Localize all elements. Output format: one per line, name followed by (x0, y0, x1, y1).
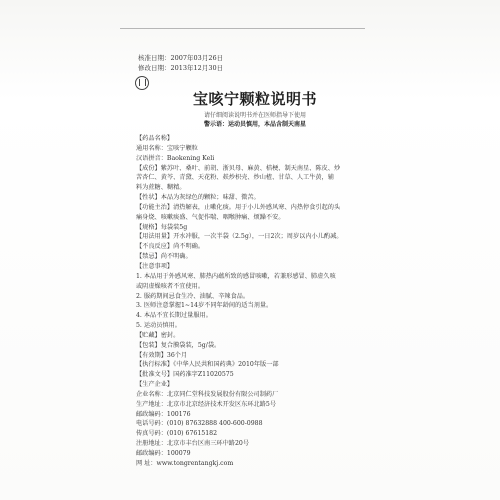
document-title: 宝咳宁颗粒说明书 (0, 88, 500, 109)
precaution-item: 3. 医师注意掌握1~14岁不同年龄间的适当剂量。 (136, 301, 386, 311)
properties: 【性状】本品为灰绿色的颗粒；味甜、微苦。 (136, 193, 386, 203)
adverse-reactions: 【不良反应】尚不明确。 (136, 242, 386, 252)
reading-instruction: 请仔细阅读说明书并在医师指导下使用 (0, 110, 500, 119)
pinyin-name: 汉语拼音：Baokening Keli (136, 154, 386, 164)
company-name: 企业名称：北京同仁堂科技发展股份有限公司制药厂 (136, 390, 386, 400)
drug-name-heading: 【药品名称】 (136, 134, 386, 144)
production-address: 生产地址：北京市北京经济技术开发区东环北路5号 (136, 400, 386, 410)
precaution-item: 4. 本品不宜长期过量服用。 (136, 311, 386, 321)
warning-statement: 警示语：运动员慎用，本品含制天南星 (0, 119, 500, 128)
precaution-item: 或阴虚燥咳者不宜使用。 (136, 282, 386, 292)
contraindications: 【禁忌】尚不明确。 (136, 252, 386, 262)
indications-line: 【功能主治】清热解表，止嗽化痰。用于小儿外感风寒、内热停食引起的头 (136, 203, 386, 213)
specification: 【规格】每袋装5g (136, 223, 386, 233)
indications-line: 痛身烧、咳嗽痰盛、气促作喘、咽喉肿痛、烦躁不安。 (136, 213, 386, 223)
packaging: 【包装】复合膜袋装，5g/袋。 (136, 341, 386, 351)
dosage: 【用法用量】开水冲服，一次半袋（2.5g），一日2次；周岁以内小儿酌减。 (136, 232, 386, 242)
ingredients-line: 苦杏仁、黄芩、青黛、天花粉、麸炒枳壳、炒山楂、甘草、人工牛黄，辅 (136, 173, 386, 183)
precaution-item: 5. 运动员慎用。 (136, 321, 386, 331)
generic-name: 通用名称：宝咳宁颗粒 (136, 144, 386, 154)
approval-number: 【批准文号】国药准字Z11020575 (136, 370, 386, 380)
precaution-item: 1. 本品用于外感风寒、肺热内蕴所致的感冒咳嗽，若兼形感冒、肺虚久咳 (136, 272, 386, 282)
fax-number: 传真号码：(010) 67615182 (136, 429, 386, 439)
storage: 【贮藏】密封。 (136, 331, 386, 341)
fold-line (120, 28, 365, 29)
registered-address: 注册地址：北京市丰台区南三环中路20号 (136, 439, 386, 449)
website: 网 址：www.tongrentangkj.com (136, 459, 386, 469)
leaflet-body: 【药品名称】 通用名称：宝咳宁颗粒 汉语拼音：Baokening Keli 【成… (136, 134, 386, 469)
ingredients-line: 【成份】紫苏叶、桑叶、前胡、浙贝母、麻黄、桔梗、制天南星、陈皮、炒 (136, 164, 386, 174)
registered-postal-code: 邮政编码：100079 (136, 449, 386, 459)
date-block: 核准日期：2007年03月26日 修改日期：2013年12月30日 (138, 53, 223, 73)
shelf-life: 【有效期】36个月 (136, 351, 386, 361)
execution-standard: 【执行标准】《中华人民共和国药典》2010年版一部 (136, 360, 386, 370)
manufacturer-heading: 【生产企业】 (136, 380, 386, 390)
postal-code: 邮政编码：100176 (136, 410, 386, 420)
leaflet-paper: 核准日期：2007年03月26日 修改日期：2013年12月30日 宝咳宁颗粒说… (0, 0, 500, 500)
revision-date: 修改日期：2013年12月30日 (138, 63, 223, 73)
precaution-item: 2. 服药期间忌食生冷、油腻、辛辣食品。 (136, 292, 386, 302)
phone-number: 电话号码：(010) 87632888 400-600-0988 (136, 419, 386, 429)
ingredients-line: 料为蔗糖、糊精。 (136, 183, 386, 193)
precautions-heading: 【注意事项】 (136, 262, 386, 272)
approval-date: 核准日期：2007年03月26日 (138, 53, 223, 63)
